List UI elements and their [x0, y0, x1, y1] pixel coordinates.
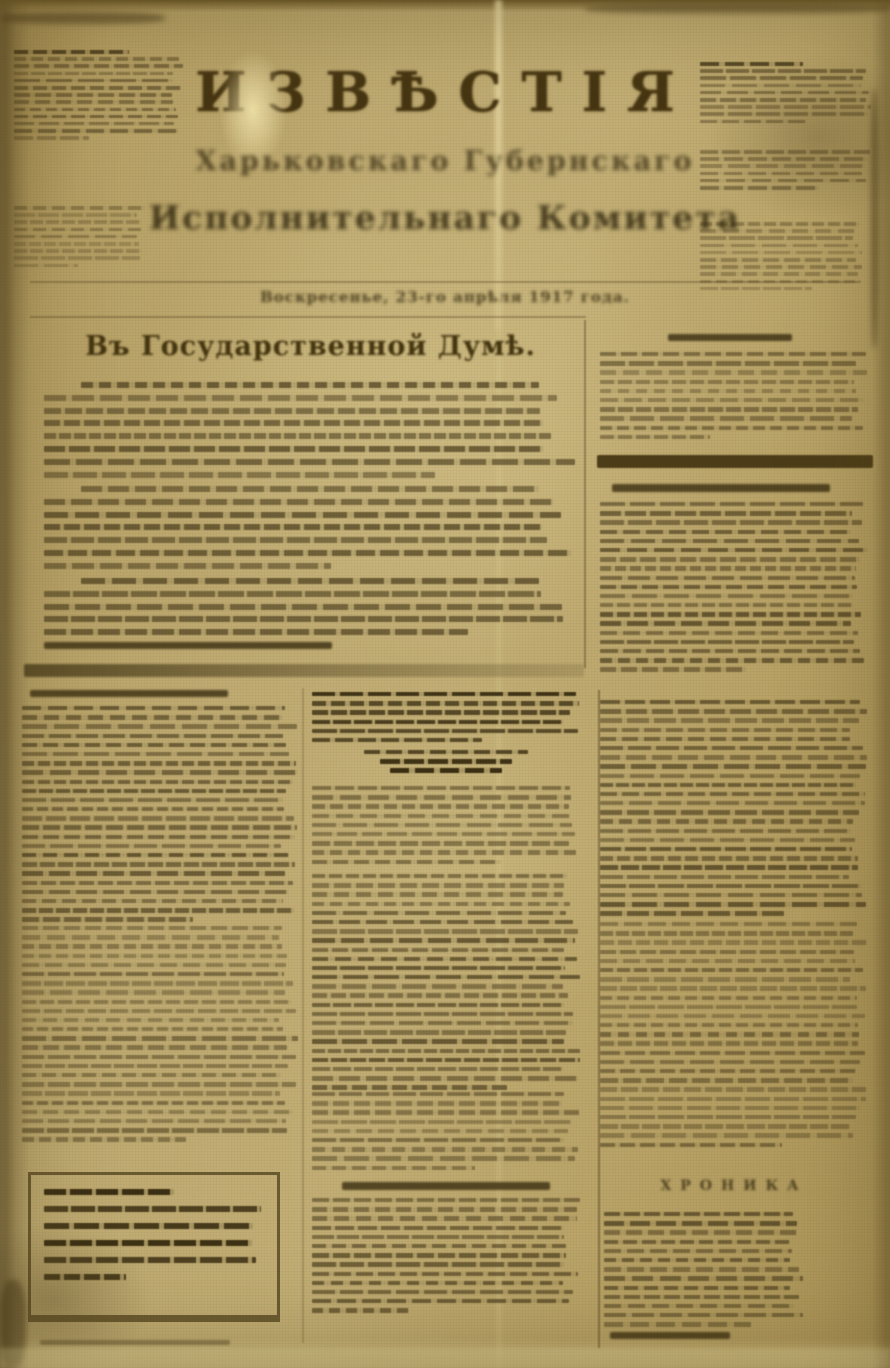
text-line [44, 537, 547, 543]
text-line [600, 520, 862, 524]
text-line [600, 709, 867, 713]
text-line [312, 1021, 573, 1025]
chronicle-section-heading: ХРОНИКА [598, 1178, 870, 1194]
text-line [312, 1147, 578, 1151]
text-line [22, 1091, 280, 1095]
text-line [14, 129, 178, 133]
text-line [312, 975, 580, 979]
lead-article-signature-line [44, 642, 332, 649]
text-line [600, 783, 856, 787]
text-line [44, 1206, 261, 1212]
text-line [604, 1304, 794, 1308]
text-line [600, 856, 858, 860]
text-line [44, 420, 543, 426]
text-line [600, 838, 855, 842]
text-line [312, 1003, 564, 1007]
text-line [312, 860, 501, 864]
text-line [312, 1039, 564, 1043]
middle-column-text-3 [312, 1092, 580, 1175]
text-line [44, 446, 543, 452]
text-line [700, 272, 858, 276]
text-line [312, 1085, 507, 1089]
text-line [600, 612, 861, 616]
text-line [22, 890, 288, 894]
text-line [600, 1133, 853, 1137]
text-line [312, 1308, 409, 1312]
text-line [600, 950, 854, 954]
text-line [312, 841, 569, 845]
left-column-text-1 [22, 706, 298, 927]
text-line [312, 729, 578, 733]
left-column-text-2 [22, 926, 298, 1147]
text-line [312, 692, 576, 696]
text-line [44, 1189, 174, 1195]
text-line [600, 1023, 858, 1027]
column-divider-upper [584, 320, 586, 668]
rule-below-dateline [30, 316, 586, 318]
text-line [44, 550, 571, 556]
text-line [600, 893, 862, 897]
text-line [22, 1018, 279, 1022]
text-line [22, 862, 295, 866]
text-line [312, 795, 571, 799]
masthead-subtitle-2: Исполнительнаго Комитета [0, 198, 890, 237]
text-line [44, 1274, 126, 1280]
text-line [81, 578, 539, 584]
masthead-title: ИЗВѢСТІЯ [0, 60, 890, 124]
text-line [700, 265, 862, 269]
text-line [600, 566, 856, 570]
dateline: Воскресенье, 23-го апрѣля 1917 года. [0, 288, 890, 306]
text-line [312, 720, 563, 724]
text-line [22, 816, 294, 820]
text-line [44, 629, 468, 635]
text-line [600, 1097, 866, 1101]
text-line [600, 548, 867, 552]
text-line [600, 631, 858, 635]
text-line [600, 380, 854, 384]
text-line [600, 416, 852, 420]
text-line [22, 963, 286, 967]
text-line [22, 724, 297, 728]
text-line [600, 426, 863, 430]
text-line [312, 832, 575, 836]
text-line [14, 242, 139, 246]
text-line [22, 1036, 298, 1040]
text-line [312, 804, 569, 808]
rule-above-dateline [30, 281, 860, 283]
text-line [600, 847, 852, 851]
text-line [312, 1012, 573, 1016]
bottom-edge-light-strip [0, 1348, 890, 1368]
text-line [312, 814, 570, 818]
text-line [312, 1216, 577, 1220]
text-line [312, 1110, 579, 1114]
middle-column-text-1 [312, 786, 580, 869]
text-line [600, 1078, 853, 1082]
right-column-heading-smudge [668, 334, 792, 341]
text-line [312, 701, 579, 705]
text-line [700, 251, 862, 255]
right-column-text-2 [600, 502, 868, 677]
text-line [312, 1272, 578, 1276]
text-line [22, 1128, 287, 1132]
text-line [312, 1281, 563, 1285]
text-line [312, 1166, 475, 1170]
text-line [312, 874, 567, 878]
text-line [22, 1045, 287, 1049]
text-line [604, 1276, 803, 1280]
text-line [312, 850, 576, 854]
text-line [600, 911, 784, 915]
text-line [44, 395, 557, 401]
text-line [22, 844, 281, 848]
text-line [312, 786, 570, 790]
text-line [600, 389, 856, 393]
text-line [600, 819, 853, 823]
text-line [312, 1030, 566, 1034]
text-line [600, 1143, 782, 1147]
text-line [22, 926, 282, 930]
text-line [312, 1092, 564, 1096]
text-line [600, 1115, 856, 1119]
text-line [600, 352, 866, 356]
text-line [312, 902, 570, 906]
column-divider-lower-left [302, 688, 304, 1343]
text-line [44, 433, 551, 439]
text-line [44, 616, 563, 622]
text-line [44, 499, 553, 505]
text-line [600, 511, 852, 515]
text-line [22, 899, 283, 903]
text-line [700, 258, 856, 262]
text-line [312, 1138, 564, 1142]
text-line [364, 750, 528, 754]
text-line [600, 875, 849, 879]
text-line [312, 993, 568, 997]
right-column-text-3 [600, 700, 868, 921]
text-line [22, 734, 283, 738]
text-line [312, 929, 578, 933]
text-line [600, 1124, 850, 1128]
text-line [700, 186, 819, 190]
text-line [604, 1221, 797, 1225]
text-line [600, 884, 861, 888]
middle-column-text-2 [312, 874, 580, 1095]
text-line [22, 715, 282, 719]
text-line [312, 710, 570, 714]
text-line [600, 1051, 865, 1055]
text-line [600, 746, 863, 750]
lead-article-paragraph-3 [44, 578, 576, 642]
text-line [22, 853, 289, 857]
advertisement-box [28, 1172, 280, 1322]
text-line [312, 1101, 562, 1105]
text-line [44, 604, 562, 610]
text-line [312, 966, 565, 970]
newspaper-page: ИЗВѢСТІЯ Харьковскаго Губернскаго Исполн… [0, 0, 890, 1368]
text-line [14, 50, 129, 54]
text-line [312, 1058, 580, 1062]
text-line [600, 1106, 860, 1110]
text-line [312, 984, 563, 988]
text-line [604, 1258, 790, 1262]
text-line [390, 768, 502, 772]
text-line [44, 512, 561, 518]
text-line [22, 1000, 291, 1004]
text-line [22, 1082, 296, 1086]
text-line [44, 408, 540, 414]
text-line [700, 244, 858, 248]
text-line [604, 1267, 799, 1271]
text-line [600, 977, 850, 981]
text-line [22, 871, 285, 875]
section-divider-band [24, 664, 584, 677]
text-line [312, 892, 563, 896]
text-line [600, 940, 867, 944]
text-line [44, 1257, 256, 1263]
text-line [22, 1064, 288, 1068]
text-line [600, 774, 860, 778]
text-line [22, 1027, 283, 1031]
text-line [600, 737, 850, 741]
middle-column-text-4 [312, 1198, 580, 1317]
text-line [22, 981, 293, 985]
text-line [312, 1226, 563, 1230]
text-line [600, 621, 851, 625]
text-line [604, 1249, 792, 1253]
text-line [22, 881, 293, 885]
text-line [14, 249, 142, 253]
text-line [600, 557, 860, 561]
thick-black-divider-bar [597, 455, 873, 468]
text-line [600, 649, 860, 653]
text-line [600, 603, 853, 607]
text-line [22, 1055, 296, 1059]
text-line [604, 1322, 751, 1326]
text-line [312, 1207, 577, 1211]
text-line [604, 1295, 799, 1299]
text-line [600, 539, 859, 543]
text-line [22, 1009, 296, 1013]
text-line [14, 136, 89, 140]
text-line [22, 706, 285, 710]
text-line [600, 1014, 865, 1018]
text-line [312, 1049, 580, 1053]
text-line [22, 1119, 286, 1123]
text-line [604, 1212, 793, 1216]
text-line [380, 759, 513, 763]
text-line [22, 798, 283, 802]
text-line [600, 1069, 856, 1073]
text-line [600, 968, 863, 972]
text-line [14, 256, 140, 260]
text-line [600, 1087, 866, 1091]
text-line [600, 1005, 857, 1009]
text-line [22, 990, 285, 994]
text-line [600, 728, 850, 732]
scan-artifact-top-left [0, 12, 165, 24]
advertisement-text [44, 1189, 264, 1280]
text-line [312, 1253, 566, 1257]
middle-column-dense-text [312, 692, 580, 747]
text-line [600, 407, 858, 411]
text-line [312, 948, 564, 952]
text-line [312, 911, 566, 915]
middle-column-centered-lines [312, 750, 580, 778]
text-line [22, 780, 293, 784]
text-line [22, 835, 295, 839]
text-line [600, 718, 859, 722]
text-line [22, 743, 286, 747]
text-line [600, 986, 866, 990]
text-line [600, 996, 857, 1000]
lead-article-paragraph-2 [44, 486, 576, 576]
text-line [604, 1313, 803, 1317]
text-line [600, 370, 867, 374]
text-line [312, 1156, 575, 1160]
text-line [600, 959, 855, 963]
text-line [22, 825, 297, 829]
text-line [312, 1067, 563, 1071]
text-line [22, 944, 282, 948]
text-line [22, 789, 286, 793]
text-line [312, 1129, 568, 1133]
lead-article-headline: Въ Государственной Думѣ. [38, 331, 583, 362]
text-line [44, 1240, 252, 1246]
middle-column-subheading-smudge [342, 1182, 550, 1190]
text-line [600, 1041, 858, 1045]
chronicle-end-line [610, 1332, 730, 1339]
text-line [312, 920, 573, 924]
below-box-line [40, 1340, 230, 1345]
text-line [600, 658, 864, 662]
text-line [22, 1110, 293, 1114]
text-line [600, 640, 854, 644]
text-line [312, 1235, 564, 1239]
text-line [22, 761, 296, 765]
scan-artifact-top-right [585, 4, 890, 14]
text-line [312, 1076, 578, 1080]
masthead-subtitle-1: Харьковскаго Губернскаго [0, 146, 890, 177]
left-column-heading-smudge [30, 690, 228, 697]
text-line [604, 1286, 790, 1290]
text-line [600, 361, 856, 365]
text-line [44, 472, 435, 478]
text-line [312, 738, 482, 742]
text-line [600, 829, 851, 833]
text-line [22, 935, 279, 939]
text-line [22, 972, 284, 976]
text-line [600, 435, 710, 439]
text-line [600, 576, 855, 580]
right-column-subheading-smudge [612, 484, 830, 492]
text-line [312, 1299, 569, 1303]
text-line [600, 667, 746, 671]
text-line [22, 954, 287, 958]
text-line [600, 792, 865, 796]
text-line [22, 770, 297, 774]
text-line [600, 801, 865, 805]
text-line [44, 459, 575, 465]
text-line [604, 1230, 797, 1234]
text-line [312, 1198, 580, 1202]
text-line [22, 917, 193, 921]
text-line [22, 752, 289, 756]
text-line [312, 883, 564, 887]
text-line [600, 398, 864, 402]
text-line [600, 810, 859, 814]
right-column-text-4 [600, 922, 868, 1152]
text-line [700, 179, 866, 183]
text-line [22, 1101, 285, 1105]
text-line [600, 585, 857, 589]
text-line [600, 1060, 860, 1064]
text-line [22, 1073, 281, 1077]
text-line [312, 957, 577, 961]
text-line [312, 1262, 564, 1266]
text-line [600, 931, 853, 935]
lead-article-paragraph-1 [44, 382, 576, 484]
text-line [22, 807, 284, 811]
text-line [600, 502, 863, 506]
text-line [312, 938, 575, 942]
text-line [44, 591, 541, 597]
text-line [600, 530, 851, 534]
text-line [600, 922, 857, 926]
text-line [600, 700, 860, 704]
text-line [600, 902, 866, 906]
text-line [22, 908, 294, 912]
chronicle-text [604, 1212, 804, 1331]
text-line [600, 764, 866, 768]
text-line [44, 1223, 253, 1229]
text-line [14, 264, 78, 268]
text-line [312, 823, 572, 827]
text-line [44, 524, 542, 530]
text-line [312, 1120, 572, 1124]
text-line [44, 563, 331, 569]
text-line [600, 594, 853, 598]
text-line [81, 382, 539, 388]
text-line [600, 865, 858, 869]
text-line [81, 486, 539, 492]
text-line [312, 1290, 573, 1294]
text-line [312, 1244, 566, 1248]
text-line [604, 1240, 790, 1244]
text-line [600, 755, 867, 759]
text-line [600, 1032, 859, 1036]
text-line [22, 1137, 186, 1141]
right-column-text-1 [600, 352, 868, 444]
